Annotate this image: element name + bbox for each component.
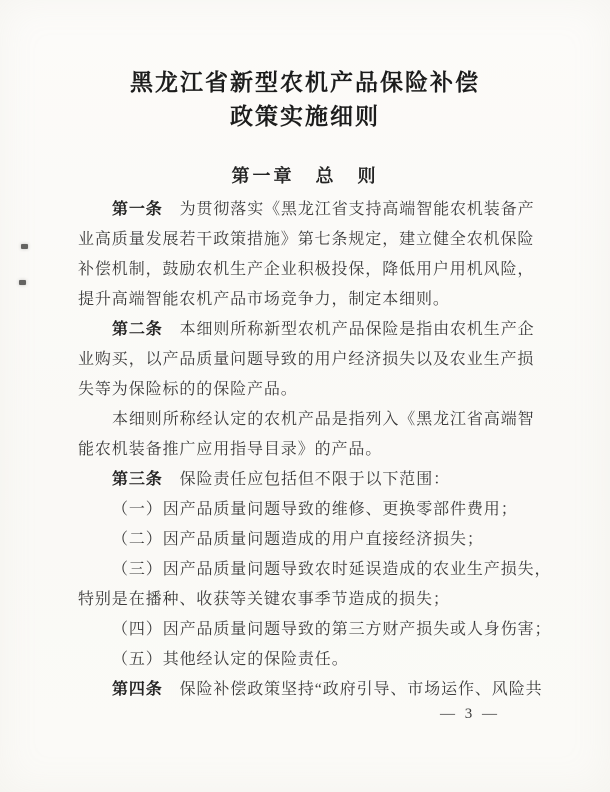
text-line: （一）因产品质量问题导致的维修、更换零部件费用；: [78, 495, 548, 525]
article-label: 第二条: [112, 321, 163, 338]
text-line: 业购买，以产品质量问题导致的用户经济损失以及农业生产损: [78, 345, 548, 375]
article-label: 第四条: [112, 681, 163, 698]
text-line: （二）因产品质量问题造成的用户直接经济损失；: [78, 525, 548, 555]
text-segment: 本细则所称新型农机产品保险是指由农机生产企: [163, 321, 535, 338]
document-title-line-1: 黑龙江省新型农机产品保险补偿: [0, 66, 610, 100]
text-line: 能农机装备推广应用指导目录》的产品。: [78, 435, 548, 465]
page-number: — 3 —: [440, 706, 500, 723]
text-line: （三）因产品质量问题导致农时延误造成的农业生产损失，: [78, 555, 548, 585]
text-line: 第三条 保险责任应包括但不限于以下范围：: [78, 465, 548, 495]
text-segment: 补偿机制，鼓励农机生产企业积极投保，降低用户用机风险，: [78, 261, 534, 278]
text-line: 补偿机制，鼓励农机生产企业积极投保，降低用户用机风险，: [78, 255, 548, 285]
text-segment: 本细则所称经认定的农机产品是指列入《黑龙江省高端智: [112, 411, 535, 428]
text-line: 第一条 为贯彻落实《黑龙江省支持高端智能农机装备产: [78, 195, 548, 225]
text-segment: 保险责任应包括但不限于以下范围：: [163, 471, 450, 488]
article-label: 第三条: [112, 471, 163, 488]
text-segment: 特别是在播种、收获等关键农事季节造成的损失；: [78, 591, 450, 608]
text-segment: （三）因产品质量问题导致农时延误造成的农业生产损失，: [112, 561, 551, 578]
document-title: 黑龙江省新型农机产品保险补偿 政策实施细则: [0, 66, 610, 134]
text-segment: （二）因产品质量问题造成的用户直接经济损失；: [112, 531, 484, 548]
text-line: 业高质量发展若干政策措施》第七条规定，建立健全农机保险: [78, 225, 548, 255]
text-line: （四）因产品质量问题导致的第三方财产损失或人身伤害；: [78, 615, 548, 645]
document-body: 第一条 为贯彻落实《黑龙江省支持高端智能农机装备产业高质量发展若干政策措施》第七…: [78, 195, 548, 705]
text-line: 第二条 本细则所称新型农机产品保险是指由农机生产企: [78, 315, 548, 345]
text-line: 第四条 保险补偿政策坚持“政府引导、市场运作、风险共: [78, 675, 548, 705]
text-line: 提升高端智能农机产品市场竞争力，制定本细则。: [78, 285, 548, 315]
text-line: 失等为保险标的的保险产品。: [78, 375, 548, 405]
text-segment: （四）因产品质量问题导致的第三方财产损失或人身伤害；: [112, 621, 551, 638]
scan-artifact: [19, 280, 26, 285]
text-segment: （五）其他经认定的保险责任。: [112, 651, 349, 668]
document-title-line-2: 政策实施细则: [0, 100, 610, 134]
text-segment: 保险补偿政策坚持“政府引导、市场运作、风险共: [163, 681, 543, 698]
chapter-heading: 第一章 总 则: [0, 162, 610, 188]
text-segment: 业购买，以产品质量问题导致的用户经济损失以及农业生产损: [78, 351, 534, 368]
text-segment: 提升高端智能农机产品市场竞争力，制定本细则。: [78, 291, 450, 308]
text-segment: （一）因产品质量问题导致的维修、更换零部件费用；: [112, 501, 518, 518]
text-line: 本细则所称经认定的农机产品是指列入《黑龙江省高端智: [78, 405, 548, 435]
text-line: 特别是在播种、收获等关键农事季节造成的损失；: [78, 585, 548, 615]
text-segment: 失等为保险标的的保险产品。: [78, 381, 298, 398]
document-page: 黑龙江省新型农机产品保险补偿 政策实施细则 第一章 总 则 第一条 为贯彻落实《…: [0, 0, 610, 792]
text-line: （五）其他经认定的保险责任。: [78, 645, 548, 675]
text-segment: 能农机装备推广应用指导目录》的产品。: [78, 441, 382, 458]
text-segment: 业高质量发展若干政策措施》第七条规定，建立健全农机保险: [78, 231, 534, 248]
text-segment: 为贯彻落实《黑龙江省支持高端智能农机装备产: [163, 201, 535, 218]
article-label: 第一条: [112, 201, 163, 218]
scan-artifact: [21, 244, 28, 249]
